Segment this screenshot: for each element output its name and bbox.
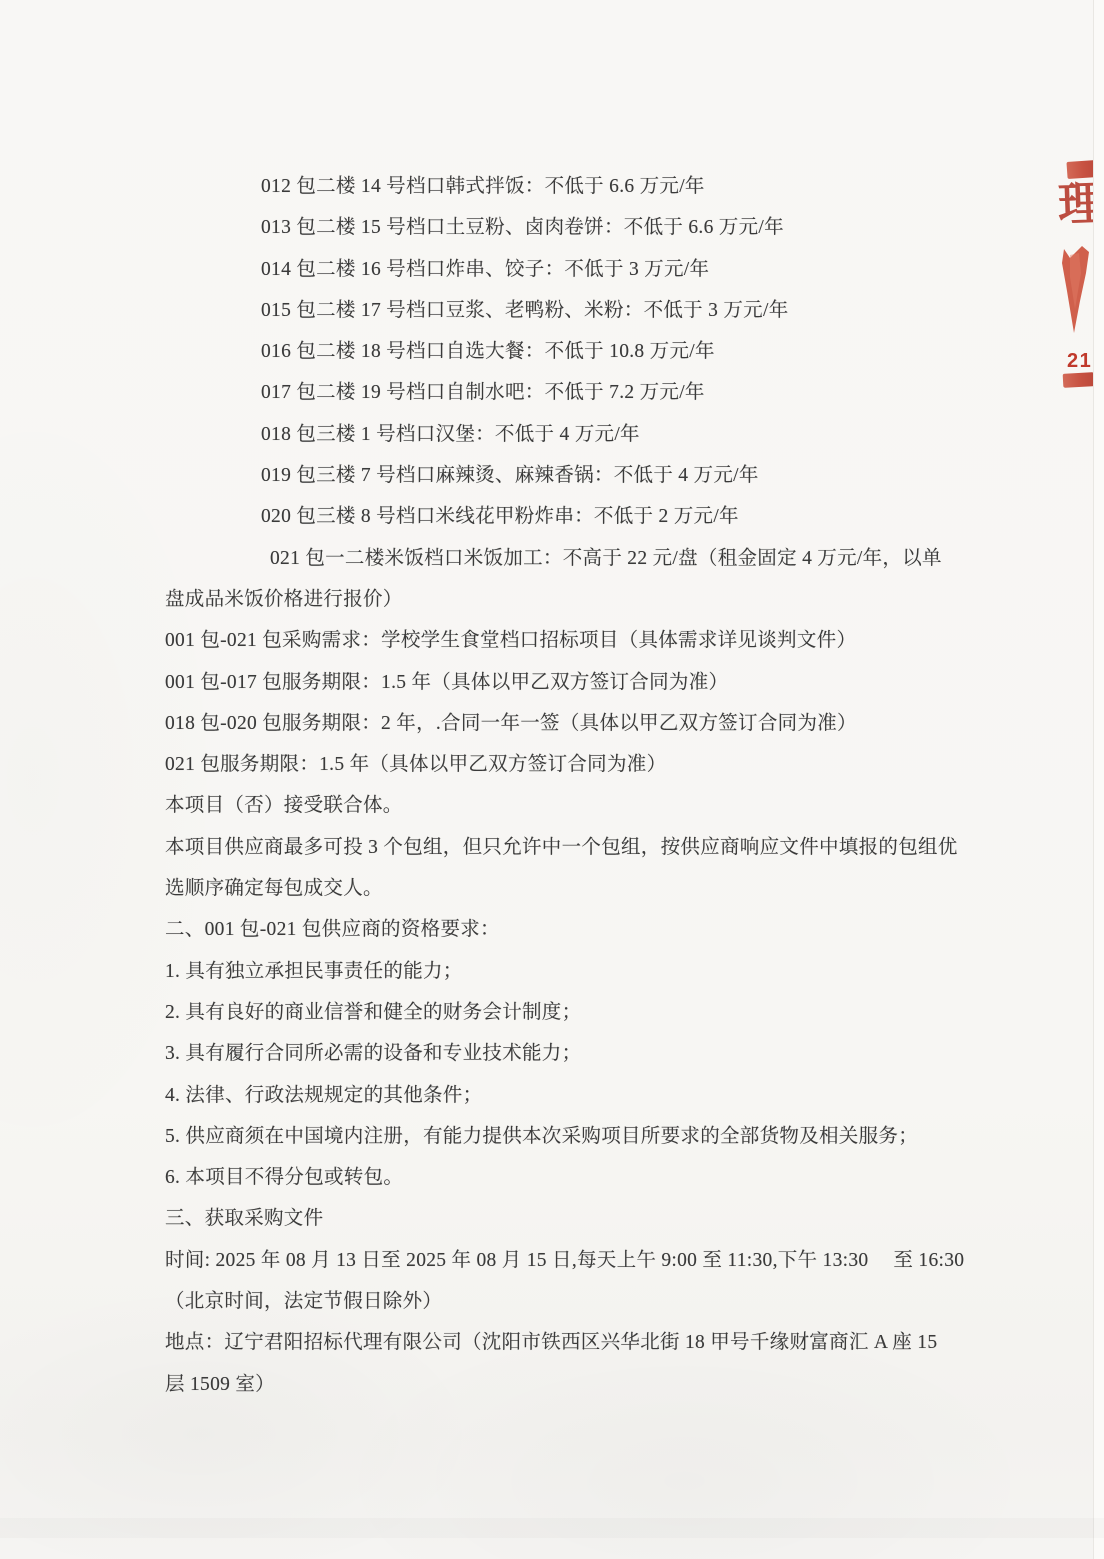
doc-line: 6. 本项目不得分包或转包。 — [165, 1157, 955, 1198]
doc-line: 020 包三楼 8 号档口米线花甲粉炸串：不低于 2 万元/年 — [165, 496, 955, 537]
doc-line: 018 包-020 包服务期限：2 年，.合同一年一签（具体以甲乙双方签订合同为… — [165, 703, 955, 744]
doc-line: 016 包二楼 18 号档口自选大餐：不低于 10.8 万元/年 — [165, 331, 955, 372]
doc-line: 2. 具有良好的商业信誉和健全的财务会计制度； — [165, 992, 955, 1033]
doc-line: 014 包二楼 16 号档口炸串、饺子：不低于 3 万元/年 — [165, 249, 955, 290]
doc-line: 三、获取采购文件 — [165, 1198, 955, 1239]
document-body: 012 包二楼 14 号档口韩式拌饭：不低于 6.6 万元/年 013 包二楼 … — [165, 166, 955, 1405]
doc-line: 时间: 2025 年 08 月 13 日至 2025 年 08 月 15 日,每… — [165, 1240, 955, 1281]
scan-shadow-band — [0, 1518, 1104, 1538]
doc-line: 本项目供应商最多可投 3 个包组，但只允许中一个包组，按供应商响应文件中填报的包… — [165, 827, 955, 868]
paper-edge — [1093, 0, 1104, 1559]
stamp-arrow-icon — [1057, 245, 1093, 335]
doc-line: 二、001 包-021 包供应商的资格要求： — [165, 909, 955, 950]
stamp-bar-icon — [1063, 372, 1095, 388]
doc-line: 4. 法律、行政法规规定的其他条件； — [165, 1075, 955, 1116]
doc-line: （北京时间，法定节假日除外） — [165, 1281, 955, 1322]
doc-line: 层 1509 室） — [165, 1364, 955, 1405]
doc-line: 013 包二楼 15 号档口土豆粉、卤肉卷饼：不低于 6.6 万元/年 — [165, 207, 955, 248]
doc-line: 5. 供应商须在中国境内注册，有能力提供本次采购项目所要求的全部货物及相关服务； — [165, 1116, 955, 1157]
doc-line: 盘成品米饭价格进行报价） — [165, 579, 955, 620]
doc-line: 本项目（否）接受联合体。 — [165, 785, 955, 826]
doc-line: 021 包服务期限：1.5 年（具体以甲乙双方签订合同为准） — [165, 744, 955, 785]
doc-line: 地点：辽宁君阳招标代理有限公司（沈阳市铁西区兴华北街 18 甲号千缘财富商汇 A… — [165, 1322, 955, 1363]
scanned-page: 012 包二楼 14 号档口韩式拌饭：不低于 6.6 万元/年 013 包二楼 … — [0, 0, 1104, 1559]
doc-line: 3. 具有履行合同所必需的设备和专业技术能力； — [165, 1033, 955, 1074]
doc-line: 021 包一二楼米饭档口米饭加工：不高于 22 元/盘（租金固定 4 万元/年，… — [165, 538, 955, 579]
doc-line: 018 包三楼 1 号档口汉堡：不低于 4 万元/年 — [165, 414, 955, 455]
stamp-page-number: 21 — [1067, 350, 1092, 373]
doc-line: 001 包-021 包采购需求：学校学生食堂档口招标项目（具体需求详见谈判文件） — [165, 620, 955, 661]
doc-line: 015 包二楼 17 号档口豆浆、老鸭粉、米粉：不低于 3 万元/年 — [165, 290, 955, 331]
doc-line: 012 包二楼 14 号档口韩式拌饭：不低于 6.6 万元/年 — [165, 166, 955, 207]
doc-line: 选顺序确定每包成交人。 — [165, 868, 955, 909]
doc-line: 017 包二楼 19 号档口自制水吧：不低于 7.2 万元/年 — [165, 372, 955, 413]
doc-line: 019 包三楼 7 号档口麻辣烫、麻辣香锅：不低于 4 万元/年 — [165, 455, 955, 496]
doc-line: 001 包-017 包服务期限：1.5 年（具体以甲乙双方签订合同为准） — [165, 662, 955, 703]
doc-line: 1. 具有独立承担民事责任的能力； — [165, 951, 955, 992]
